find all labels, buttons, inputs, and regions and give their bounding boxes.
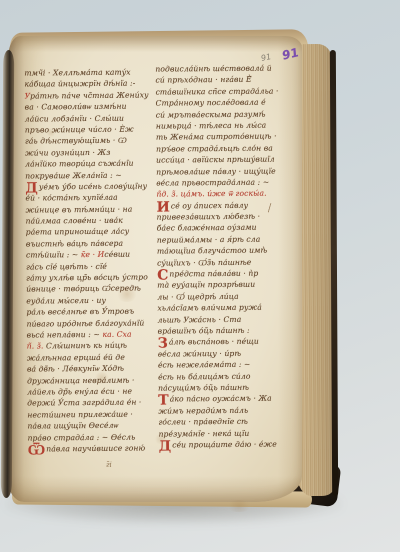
- manuscript-line: Та́ко па́сно оужа́смъ · Жа: [158, 393, 290, 406]
- manuscript-line: ста́вшїника сп̃се страда́льа ·: [156, 85, 288, 98]
- manuscript-line: ѳе́сла прьвострада́лнаа : ~: [156, 176, 288, 189]
- manuscript-line: исси́ца · авїйскы прѣшу́вшїл: [156, 154, 288, 167]
- manuscript-line: ра́ль весе́лнѣе въ У́тровъ: [26, 306, 152, 318]
- manuscript-line: ка́бщаа йнцыжрїн дѣ́нїа :-: [24, 78, 150, 90]
- manuscript-line: ть Жена́ма ситрото́вницѣ ·: [156, 131, 288, 144]
- manuscript-line: дружа́нница невра́лимѣ ·: [27, 374, 153, 386]
- manuscript-line: ла́нїйко твори́ца съжа́нїи: [25, 158, 151, 170]
- manuscript-line: Дуе́мъ у́бо исе́нь слову́щїну: [25, 180, 151, 192]
- quire-signature: г̃і: [106, 461, 112, 469]
- manuscript-line: пра́во страда́ла : ~ Ѳе́сль: [27, 431, 153, 443]
- manuscript-line: подвисла́йнѣ ше́ствовала́ й: [155, 62, 287, 75]
- manuscript-line: Дсе́и проща́ите да́ю · е́же: [159, 438, 291, 451]
- manuscript-line: держи́ У́ста загра́дила е́н ·: [27, 397, 153, 409]
- gutter-shadow: [1, 50, 14, 498]
- right-text-column: подвисла́йнѣ ше́ствовала́ йси́ прѣхо́дна…: [155, 62, 290, 450]
- page-stain: [226, 500, 252, 512]
- manuscript-photo: тмч̃і · Хеллѣма́та кату́хка́бщаа йнцыжрї…: [0, 0, 400, 552]
- left-text-column: тмч̃і · Хеллѣма́та кату́хка́бщаа йнцыжрї…: [24, 66, 153, 454]
- manuscript-line: Ура́тнѣ па́че чс̃тнаа Жени́ху: [25, 89, 151, 101]
- manuscript-line: и́внице · тво́риць Ѡ́середѣ: [26, 283, 152, 295]
- manuscript-line: пръво жи́нице чи́сло · Ѐж: [25, 123, 151, 135]
- manuscript-line: пи́ваго иро́днѣе бла́гоуха́нїй: [26, 317, 152, 329]
- book-cover-edge: [330, 50, 338, 496]
- manuscript-line: Ѿпа́вла научи́вшисе гоню́: [28, 442, 154, 454]
